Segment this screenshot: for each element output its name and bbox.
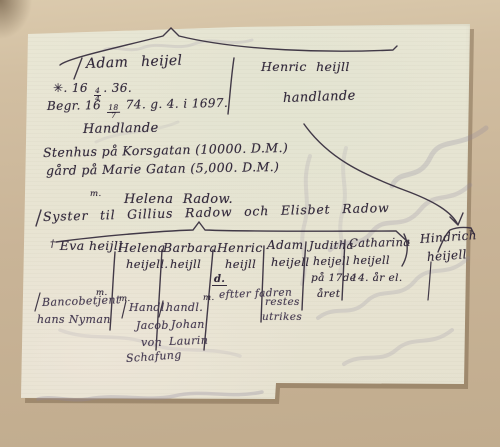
child-helena-name: Helena [118, 240, 166, 255]
child-eva: † Eva heijll [50, 238, 123, 253]
father-occupation: Handlande [83, 121, 159, 137]
birth-pre: ✳. 16 [53, 81, 92, 95]
helena-spouse-line-4: Schafung [126, 348, 183, 365]
child-henric-name: Henric [217, 240, 263, 255]
adam-note-line-1: restes [265, 296, 300, 308]
child-catharina-name-2: heijell [353, 254, 390, 267]
barbara-spouse-line-2: Johan [171, 318, 205, 331]
child-hindrich-name-2: heijell [427, 247, 468, 264]
helena-spouse-line-1: Handl. [129, 301, 169, 314]
child-barbara-name-2: heijll [170, 257, 201, 271]
burial-frac-den: 7 [107, 112, 119, 119]
father-name: Adam heijel [86, 53, 183, 72]
juditha-age-line-2: året [317, 288, 340, 300]
archival-photo: Adam heijel ✳. 16 44. 36. Begr. 16 187 7… [0, 0, 500, 447]
eva-spouse-line-2: hans Nyman [37, 313, 111, 326]
adam-note-line-2: utrikes [262, 311, 302, 323]
catharina-age-line: 14. år el. [351, 272, 403, 284]
burial-fraction: 187 [107, 105, 120, 119]
child-henric-name-2: heijll [225, 257, 256, 271]
juditha-age-line-1: på 17de [311, 272, 356, 284]
barbara-married-abbrev: m. [203, 293, 215, 303]
barbara-spouse-line-3: Laurin [169, 334, 209, 348]
burial-pre: Begr. 16 [47, 98, 106, 113]
death-cross-marker: † [50, 239, 55, 250]
helena-spouse-line-3: von [141, 336, 162, 349]
uncle-name: Henric heijll [261, 59, 350, 74]
eva-spouse-line-1: Bancobetjent [42, 293, 121, 309]
child-adam-name-2: heijell [271, 255, 309, 269]
child-juditha-name-2: heijell [313, 255, 350, 268]
child-adam-name: Adam [267, 238, 303, 252]
uncle-occupation: handlande [283, 88, 356, 106]
birth-post: . 36. [103, 81, 132, 95]
father-property-line-1: Stenhus på Korsgatan (10000. D.M.) [43, 140, 288, 160]
father-married-abbrev: m. [90, 189, 102, 199]
burial-post: 74. g. 4. i 1697. [121, 96, 228, 112]
child-helena-name-2: heijell. [126, 257, 168, 271]
child-eva-name: Eva heijll [60, 238, 123, 253]
henric-died-mark: d. [212, 274, 227, 286]
handwriting-layer: Adam heijel ✳. 16 44. 36. Begr. 16 187 7… [0, 0, 500, 447]
father-burial-line: Begr. 16 187 74. g. 4. i 1697. [47, 96, 229, 120]
barbara-spouse-line-1: handl. [166, 301, 203, 314]
child-hindrich-name: Hindrich [420, 228, 478, 246]
father-property-line-2: gård på Marie Gatan (5,000. D.M.) [46, 159, 280, 178]
helena-spouse-line-2: Jacob [136, 319, 169, 332]
child-catharina-name: Catharina [349, 235, 411, 250]
father-spouse-note: Syster til Gillius Radow och Elisbet Rad… [43, 200, 390, 224]
child-barbara-name: Barbara [163, 240, 217, 255]
child-juditha-name: Juditha [309, 238, 354, 252]
